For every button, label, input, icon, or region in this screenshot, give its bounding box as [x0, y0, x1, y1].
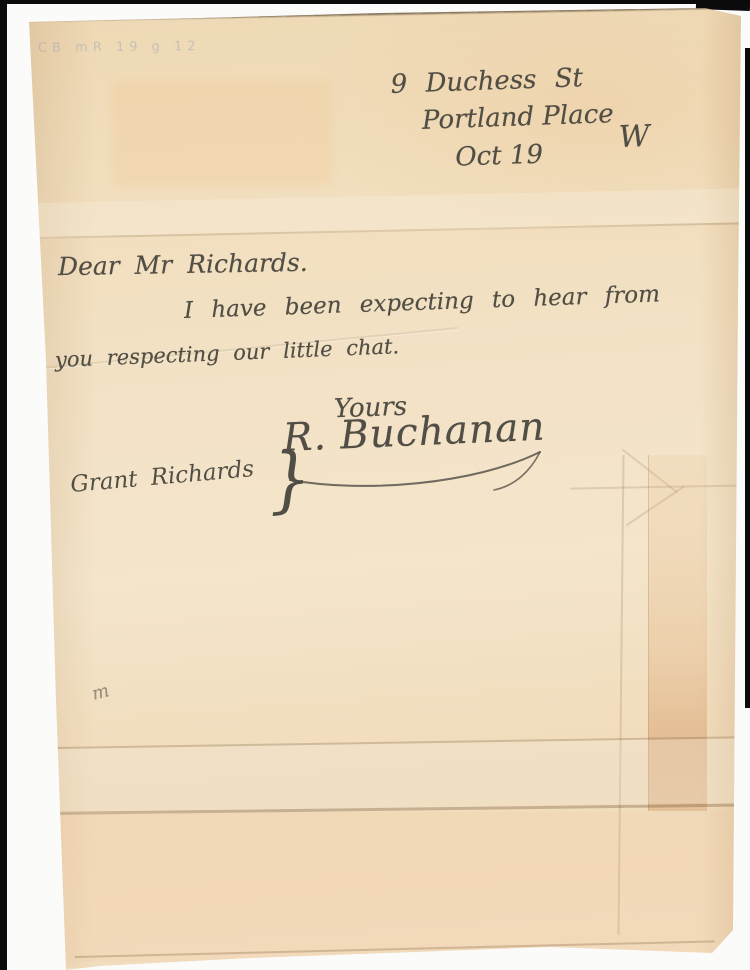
- scan-border-left: [0, 0, 7, 970]
- address-block: 9 Duchess St Portland Place W Oct 19: [390, 62, 615, 175]
- letter-date: Oct 19: [455, 137, 616, 173]
- scanned-letter-image: CB mR 19 g 12 9 Duchess St Portland Plac…: [0, 0, 750, 970]
- signature-flourish: [268, 438, 568, 500]
- docket-brace: }: [268, 446, 312, 515]
- postal-district: W: [618, 119, 650, 155]
- paper-discoloration-patch: [112, 80, 332, 186]
- address-line-1: 9 Duchess St: [390, 62, 613, 100]
- salutation-line: Dear Mr Richards.: [58, 248, 308, 281]
- bottom-warm-tone: [40, 812, 740, 962]
- bottom-fold-band: [0, 738, 750, 814]
- docket-name: Grant Richards: [69, 456, 255, 498]
- body-line-1: I have been expecting to hear from: [184, 281, 661, 324]
- docket-annotation: Grant Richards }: [69, 451, 313, 530]
- margin-pencil-mark: m: [90, 680, 112, 705]
- scan-border-right: [745, 48, 750, 708]
- letter-paper: CB mR 19 g 12 9 Duchess St Portland Plac…: [0, 0, 750, 970]
- pencil-annotation: CB mR 19 g 12: [38, 39, 201, 56]
- body-line-2: you respecting our little chat.: [55, 334, 400, 372]
- address-line-2: Portland Place: [422, 99, 615, 136]
- scan-border-top: [0, 0, 750, 4]
